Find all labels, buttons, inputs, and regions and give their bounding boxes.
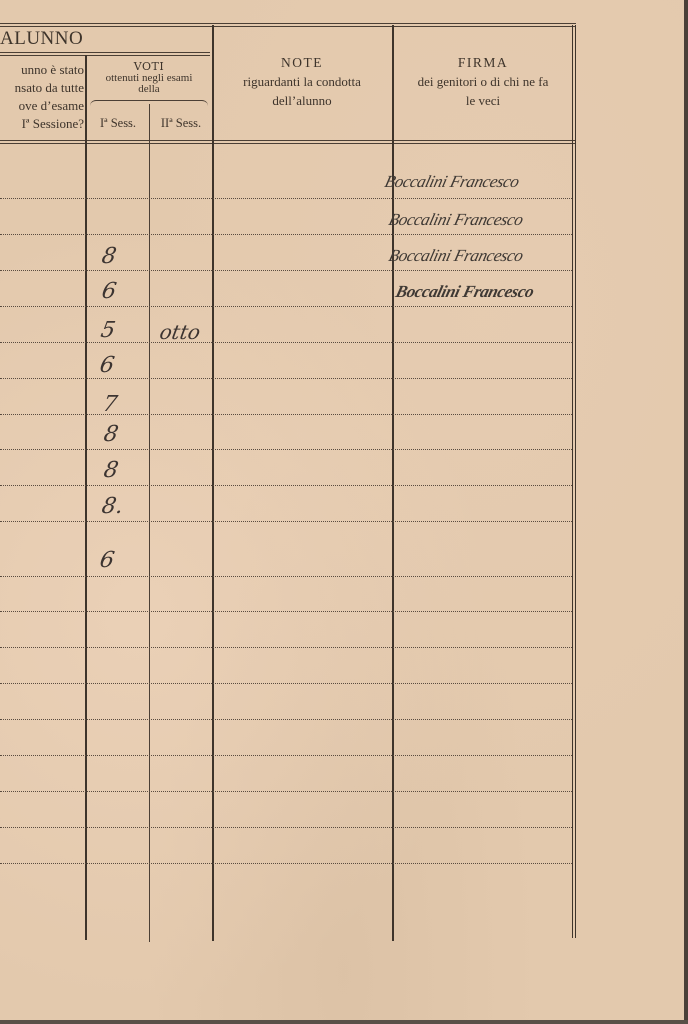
row-line [0,611,572,612]
note-title: NOTE [281,55,323,71]
column-divider-voti [212,25,214,941]
row-line [0,791,572,792]
grade-session2: otto [158,320,202,344]
row-line [0,234,572,235]
parent-signature: Boccalini Francesco [387,246,526,266]
grade-session1: 6 [100,279,118,304]
column-divider-note [392,25,394,941]
row-line [0,198,572,199]
parent-signature: Boccalini Francesco [383,172,522,192]
grade-session1: 5 [99,318,117,343]
parent-signature: Boccalini Francesco [394,282,536,302]
voti-subtitle-2: della [138,83,159,95]
parent-signature: Boccalini Francesco [387,210,526,230]
row-line [0,755,572,756]
question-header: unno è stato nsato da tutte ove d’esame … [0,62,84,140]
firma-title: FIRMA [458,55,508,71]
row-line [0,576,572,577]
row-line [0,378,572,379]
row-line [0,342,572,343]
session2-label: IIª Sess. [161,116,201,131]
column-divider-question [85,55,87,940]
grade-session1: 8 [102,422,120,447]
grade-session1: 8 [100,244,118,269]
row-line [0,863,572,864]
row-line [0,414,572,415]
row-line [0,306,572,307]
row-line [0,485,572,486]
row-line [0,521,572,522]
page-edge-right [684,0,688,1024]
row-line [0,647,572,648]
row-line [0,683,572,684]
firma-subtitle-2: le veci [466,93,500,109]
grade-session1: 8 [102,458,120,483]
firma-subtitle-1: dei genitori o di chi ne fa [418,74,549,90]
question-line-1: unno è stato [21,62,84,78]
column-divider-sessions [149,104,150,942]
session1-label: Iª Sess. [100,116,136,131]
grade-session1: 8. [100,494,125,519]
row-line [0,270,572,271]
row-line [0,449,572,450]
alunno-underline [0,52,210,56]
table-right-border [572,25,576,938]
row-line [0,719,572,720]
question-line-2: nsato da tutte [15,80,84,96]
row-line [0,827,572,828]
table-top-border [0,23,576,27]
note-subtitle-1: riguardanti la condotta [243,74,361,90]
grade-session1: 6 [98,353,116,378]
grade-session1: 6 [98,548,116,573]
question-line-4: Iª Sessione? [22,116,84,132]
question-line-3: ove d’esame [19,98,84,114]
page-edge-bottom [0,1020,688,1024]
note-subtitle-2: dell’alunno [272,93,331,109]
section-title: ALUNNO [0,28,83,50]
